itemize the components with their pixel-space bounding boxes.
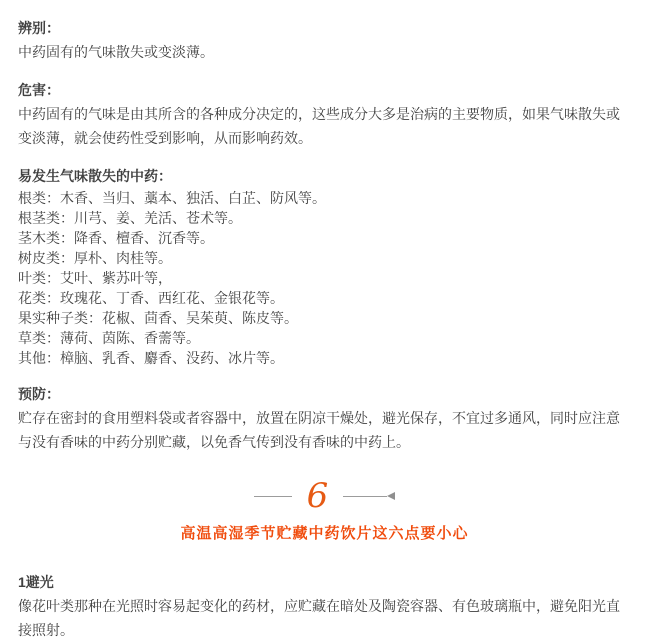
section-divider: 6 bbox=[18, 478, 631, 514]
chapter-title: 高温高湿季节贮藏中药饮片这六点要小心 bbox=[18, 524, 631, 544]
section-harm: 危害： 中药固有的气味是由其所含的各种成分决定的，这些成分大多是治病的主要物质，… bbox=[18, 78, 631, 150]
harm-body: 中药固有的气味是由其所含的各种成分决定的，这些成分大多是治病的主要物质，如果气味… bbox=[18, 102, 631, 150]
identify-heading: 辨别： bbox=[18, 16, 631, 40]
herb-list-heading: 易发生气味散失的中药： bbox=[18, 164, 631, 188]
article-content: 辨别： 中药固有的气味散失或变淡薄。 危害： 中药固有的气味是由其所含的各种成分… bbox=[0, 0, 649, 642]
divider-line-left bbox=[254, 496, 292, 497]
section-point-one: 1避光 像花叶类那种在光照时容易起变化的药材，应贮藏在暗处及陶瓷容器、有色玻璃瓶… bbox=[18, 570, 631, 642]
herb-list-item: 茎木类：降香、檀香、沉香等。 bbox=[18, 228, 631, 248]
herb-list-item: 叶类：艾叶、紫苏叶等， bbox=[18, 268, 631, 288]
prevention-body: 贮存在密封的食用塑料袋或者容器中，放置在阴凉干燥处，避光保存，不宜过多通风，同时… bbox=[18, 406, 631, 454]
herb-list-item: 其他：樟脑、乳香、麝香、没药、冰片等。 bbox=[18, 348, 631, 368]
section-identify: 辨别： 中药固有的气味散失或变淡薄。 bbox=[18, 16, 631, 64]
section-herb-list: 易发生气味散失的中药： 根类：木香、当归、藁本、独活、白芷、防风等。 根茎类：川… bbox=[18, 164, 631, 368]
left-triangle-icon bbox=[387, 492, 395, 500]
herb-list-item: 根茎类：川芎、姜、羌活、苍术等。 bbox=[18, 208, 631, 228]
identify-body: 中药固有的气味散失或变淡薄。 bbox=[18, 40, 631, 64]
harm-heading: 危害： bbox=[18, 78, 631, 102]
prevention-heading: 预防： bbox=[18, 382, 631, 406]
herb-list-item: 树皮类：厚朴、肉桂等。 bbox=[18, 248, 631, 268]
section-prevention: 预防： 贮存在密封的食用塑料袋或者容器中，放置在阴凉干燥处，避光保存，不宜过多通… bbox=[18, 382, 631, 454]
point-one-body: 像花叶类那种在光照时容易起变化的药材，应贮藏在暗处及陶瓷容器、有色玻璃瓶中，避免… bbox=[18, 594, 631, 642]
herb-list-item: 花类：玫瑰花、丁香、西红花、金银花等。 bbox=[18, 288, 631, 308]
herb-list-item: 根类：木香、当归、藁本、独活、白芷、防风等。 bbox=[18, 188, 631, 208]
section-number: 6 bbox=[307, 478, 329, 514]
herb-list-item: 果实种子类：花椒、茴香、吴茱萸、陈皮等。 bbox=[18, 308, 631, 328]
point-one-heading: 1避光 bbox=[18, 570, 631, 594]
divider-line-right bbox=[343, 496, 387, 497]
herb-list-item: 草类：薄荷、茵陈、香薷等。 bbox=[18, 328, 631, 348]
